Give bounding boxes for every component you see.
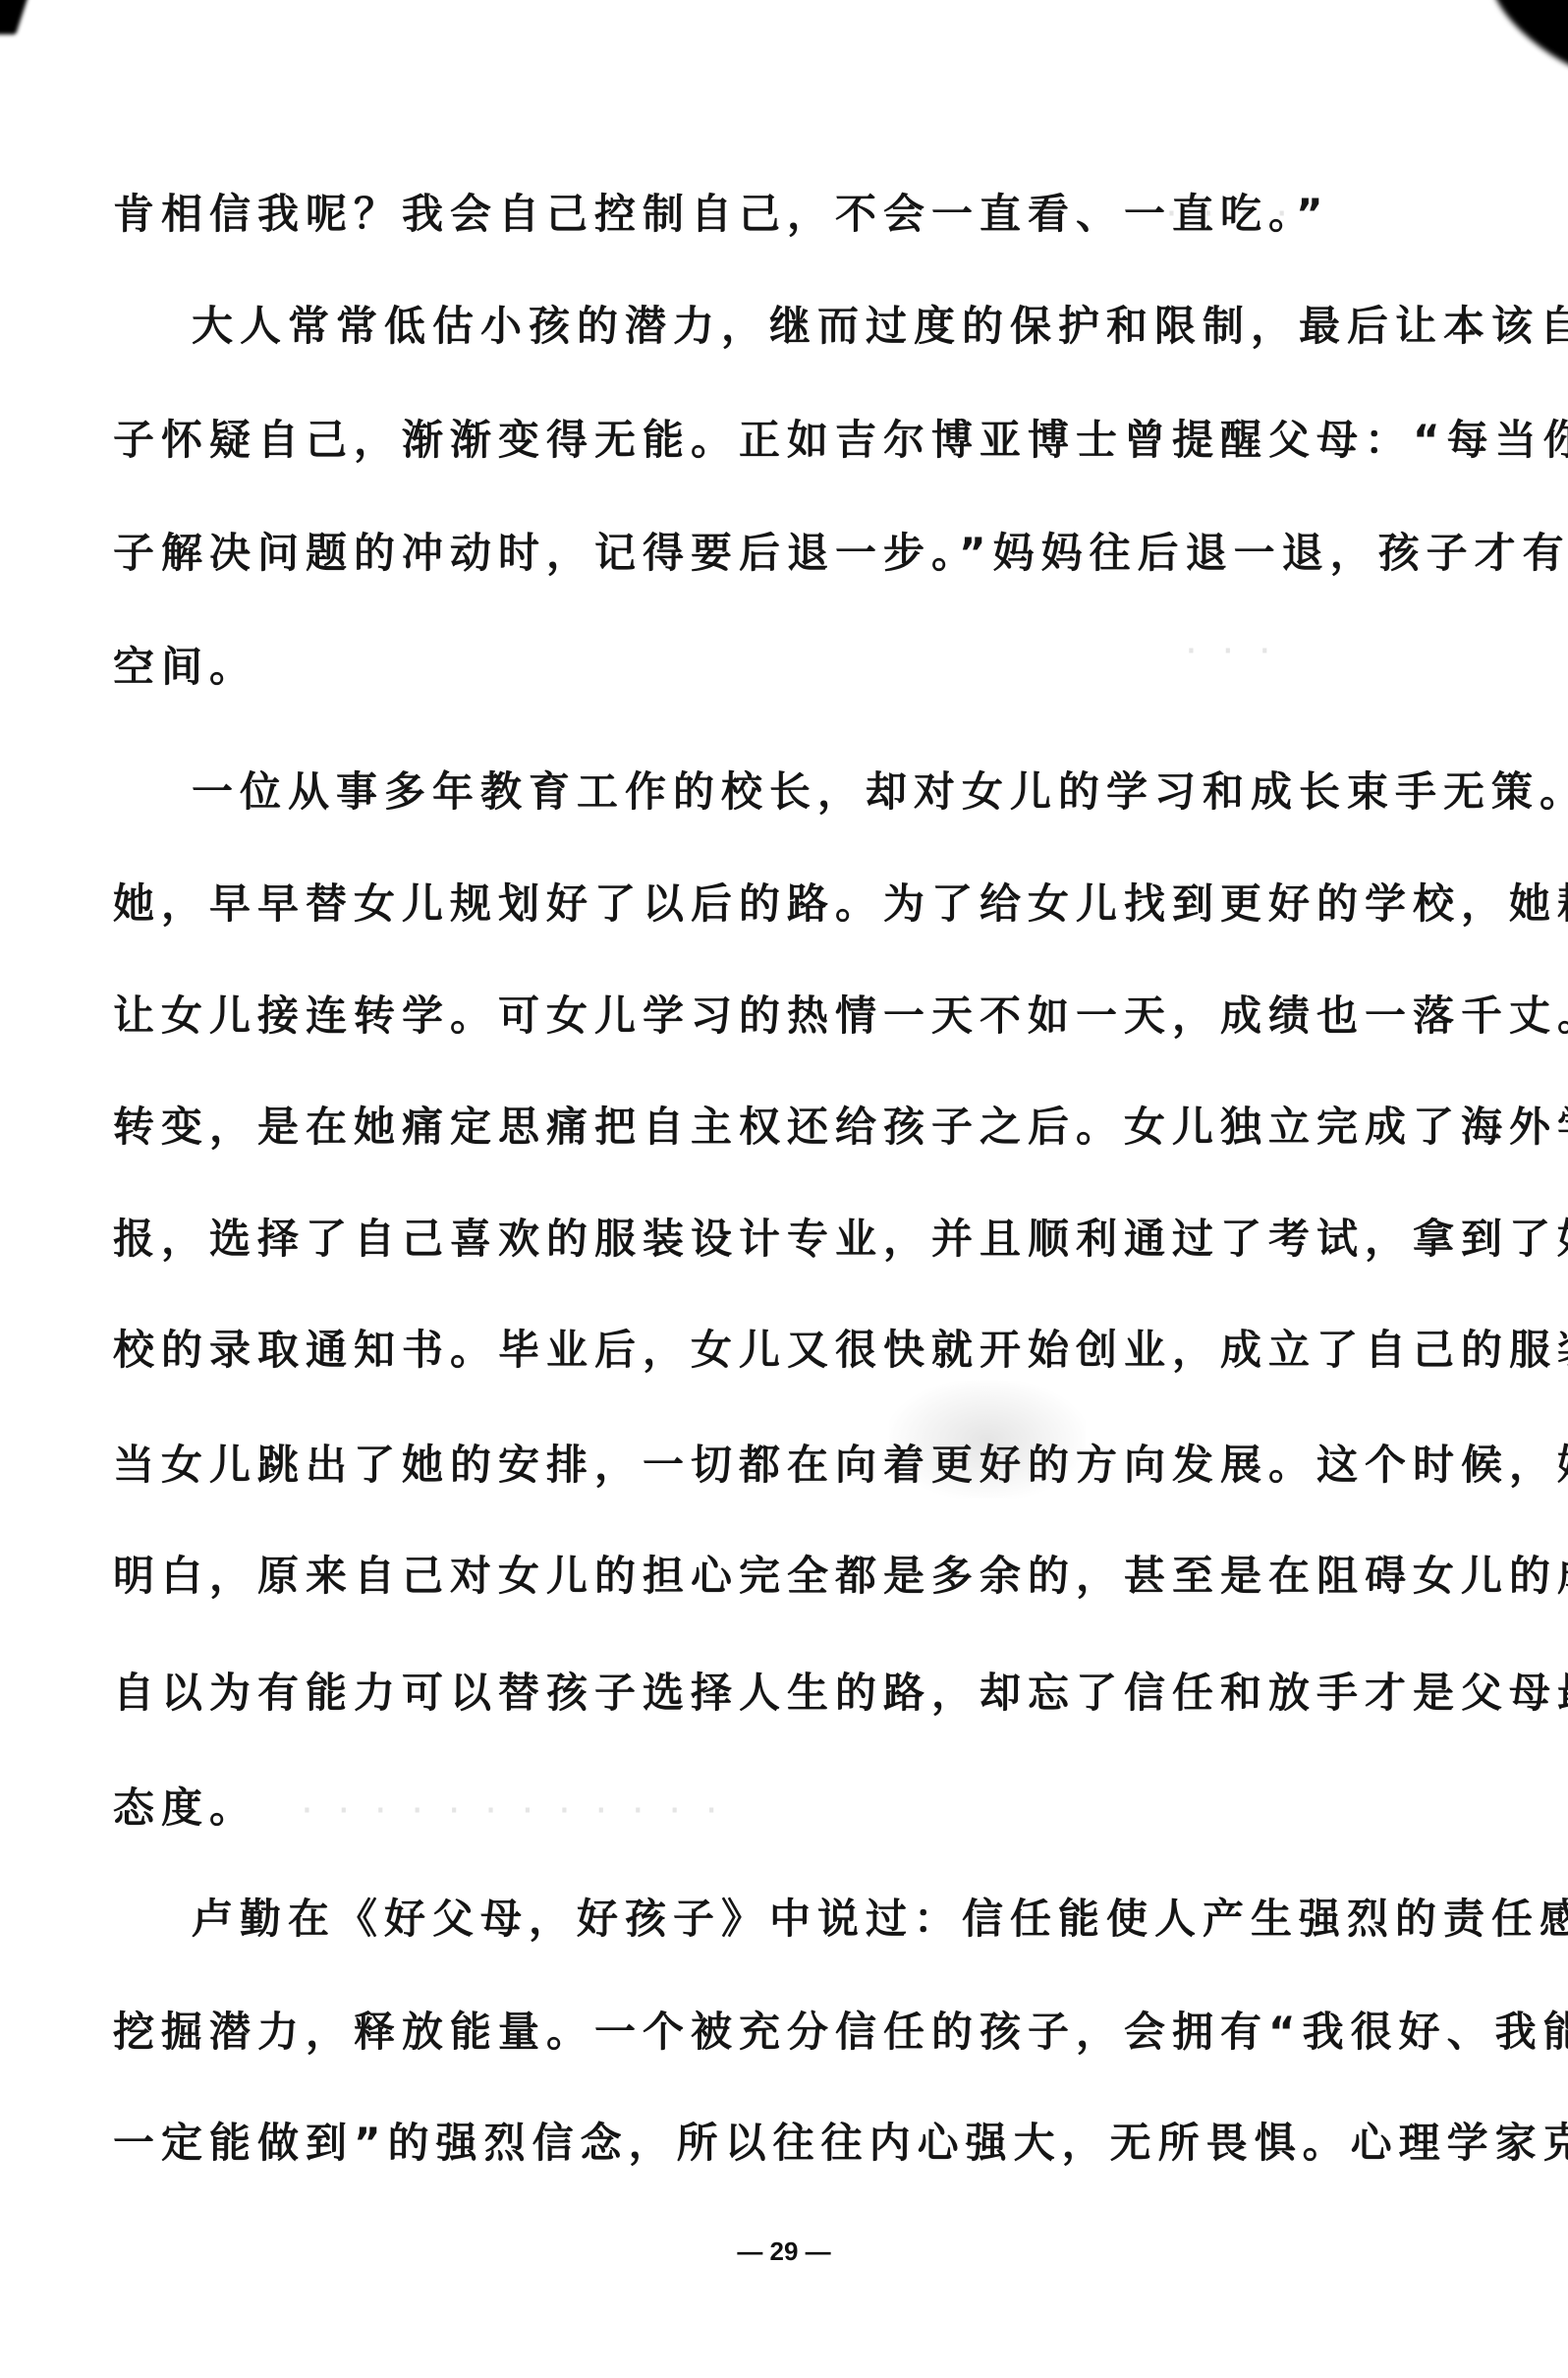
text-line: 挖掘潜力，释放能量。一个被充分信任的孩子，会拥有“我很好、我能行、我 [113, 2003, 1568, 2062]
text-line: 空间。 [113, 638, 257, 697]
scanned-page: · · · · · · · · · · · · · · · · · · · 肯相… [0, 0, 1568, 2378]
text-line: 态度。 [113, 1779, 257, 1838]
text-line: 当女儿跳出了她的安排，一切都在向着更好的方向发展。这个时候，她才彻底 [113, 1436, 1568, 1495]
text-line: 大人常常低估小孩的潜力，继而过度的保护和限制，最后让本该自信的孩 [113, 297, 1568, 356]
text-line: 子怀疑自己，渐渐变得无能。正如吉尔博亚博士曾提醒父母：“每当你有替孩 [113, 411, 1568, 470]
text-line: 卢勤在《好父母，好孩子》中说过：信任能使人产生强烈的责任感，充分 [113, 1890, 1568, 1949]
page-number: — 29 — [0, 2236, 1568, 2267]
text-line: 校的录取通知书。毕业后，女儿又很快就开始创业，成立了自己的服装品牌。 [113, 1321, 1568, 1380]
scan-corner-shadow-left [0, 0, 33, 34]
text-line: 让女儿接连转学。可女儿学习的热情一天不如一天，成绩也一落千丈。女儿的 [113, 987, 1568, 1046]
text-line: 一定能做到”的强烈信念，所以往往内心强大，无所畏惧。心理学家克里斯·梅 [113, 2114, 1568, 2173]
text-line: 自以为有能力可以替孩子选择人生的路，却忘了信任和放手才是父母最该有的 [113, 1664, 1568, 1723]
text-line: 子解决问题的冲动时，记得要后退一步。”妈妈往后退一退，孩子才有成长的 [113, 524, 1568, 583]
text-line: 肯相信我呢？我会自己控制自己，不会一直看、一直吃。” [113, 185, 1330, 244]
scan-corner-shadow-right [1467, 0, 1568, 72]
text-line: 明白，原来自己对女儿的担心完全都是多余的，甚至是在阻碍女儿的成长。她 [113, 1547, 1568, 1606]
text-line: 她，早早替女儿规划好了以后的路。为了给女儿找到更好的学校，她耗费心力， [113, 875, 1568, 934]
text-line: 一位从事多年教育工作的校长，却对女儿的学习和成长束手无策。强势的 [113, 763, 1568, 821]
text-line: 报，选择了自己喜欢的服装设计专业，并且顺利通过了考试，拿到了好几家学 [113, 1210, 1568, 1269]
bleed-through-text: · · · [1179, 629, 1271, 674]
bleed-through-text: · · · · · · · · · · · · [295, 1788, 717, 1834]
text-line: 转变，是在她痛定思痛把自主权还给孩子之后。女儿独立完成了海外学校的申 [113, 1098, 1568, 1157]
